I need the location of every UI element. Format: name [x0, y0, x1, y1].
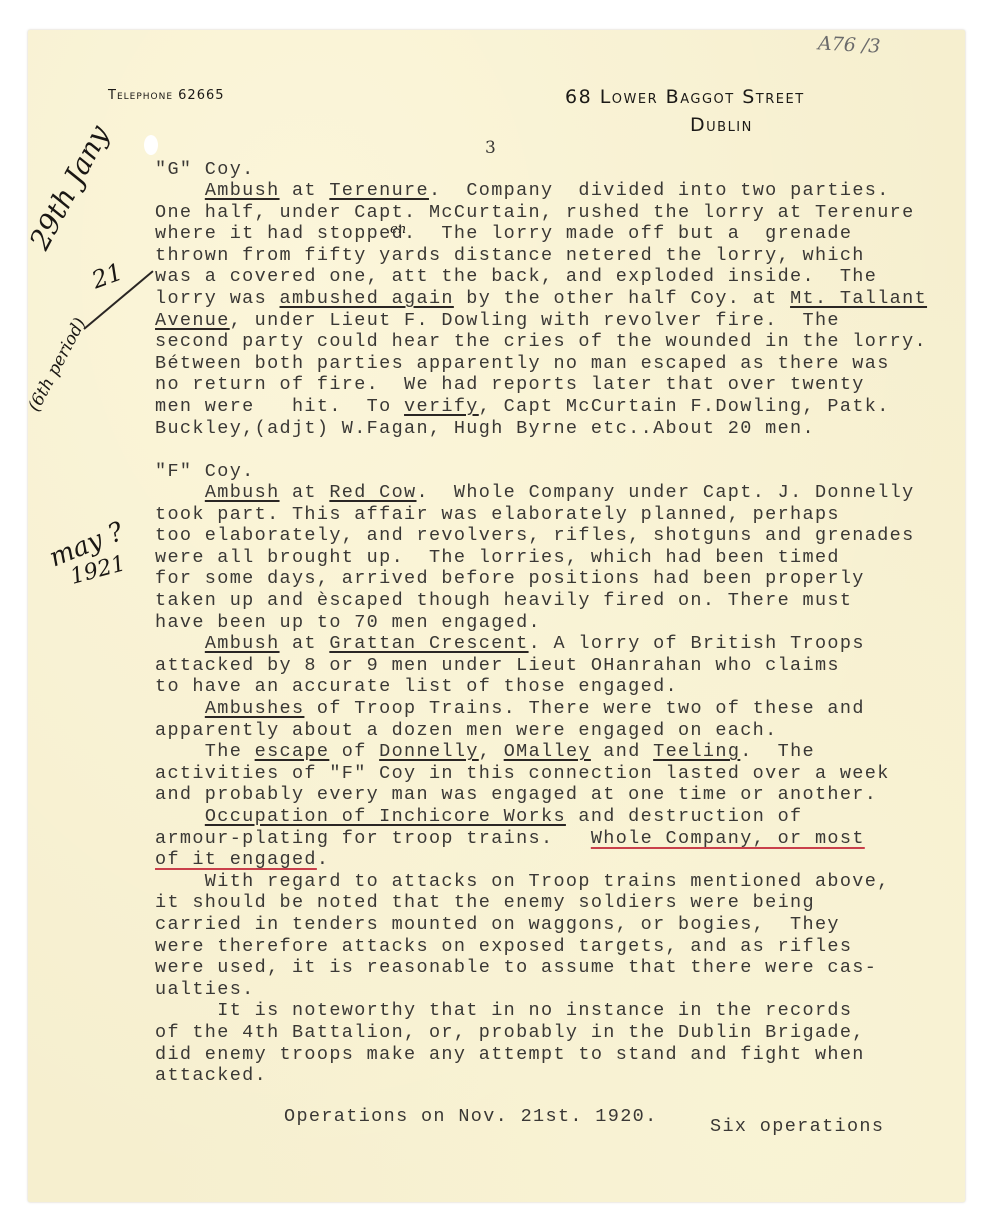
text-line: Ambush at Red Cow. Whole Company under C…: [155, 483, 915, 503]
text-line: attacked.: [155, 1066, 267, 1086]
text-line: taken up and èscaped though heavily fire…: [155, 591, 852, 611]
underlined-phrase: Ambush: [205, 180, 280, 201]
section-heading-g-coy: "G" Coy.: [155, 160, 255, 180]
text-line: apparently about a dozen men were engage…: [155, 721, 778, 741]
page-number: 3: [485, 138, 496, 158]
text-line: were used, it is reasonable to assume th…: [155, 958, 877, 978]
text-line: Bétween both parties apparently no man e…: [155, 354, 890, 374]
text-line: One half, under Capt. McCurtain, rushed …: [155, 203, 915, 223]
underlined-phrase: Avenue: [155, 310, 230, 331]
text-line: With regard to attacks on Troop trains m…: [155, 872, 890, 892]
text-line: ualties.: [155, 980, 255, 1000]
text-line: were all brought up. The lorries, which …: [155, 548, 840, 568]
text-line: too elaborately, and revolvers, rifles, …: [155, 526, 915, 546]
text-line: Occupation of Inchicore Works and destru…: [155, 807, 803, 827]
underlined-phrase: OMalley: [504, 741, 591, 762]
text-line: where it had stopped. The lorry made off…: [155, 224, 852, 244]
section-heading-f-coy: "F" Coy.: [155, 462, 255, 482]
text-line: was a covered one, att the back, and exp…: [155, 267, 877, 287]
text-line: armour-plating for troop trains. Whole C…: [155, 829, 865, 849]
text-line: to have an accurate list of those engage…: [155, 677, 678, 697]
underlined-phrase: Ambush: [205, 633, 280, 654]
underlined-phrase: Ambushes: [205, 698, 305, 719]
underlined-phrase: Grattan Crescent: [329, 633, 528, 654]
text-line: of the 4th Battalion, or, probably in th…: [155, 1023, 865, 1043]
text-line: thrown from fifty yards distance netered…: [155, 246, 865, 266]
underlined-phrase: escape: [255, 741, 330, 762]
text-line: Ambushes of Troop Trains. There were two…: [155, 699, 865, 719]
underlined-phrase: Teeling: [653, 741, 740, 762]
text-line: have been up to 70 men engaged.: [155, 613, 541, 633]
text-line: lorry was ambushed again by the other ha…: [155, 289, 927, 309]
text-line: did enemy troops make any attempt to sta…: [155, 1045, 865, 1065]
text-line: of it engaged.: [155, 850, 329, 870]
text-line: attacked by 8 or 9 men under Lieut OHanr…: [155, 656, 840, 676]
text-line: The escape of Donnelly, OMalley and Teel…: [155, 742, 815, 762]
archive-reference: A76 /3: [817, 32, 881, 57]
punch-hole: [144, 135, 158, 155]
text-line: Buckley,(adjt) W.Fagan, Hugh Byrne etc..…: [155, 419, 815, 439]
text-line: and probably every man was engaged at on…: [155, 785, 877, 805]
underlined-phrase: Donnelly: [379, 741, 479, 762]
text-line: took part. This affair was elaborately p…: [155, 505, 840, 525]
underlined-phrase: Red Cow: [329, 482, 416, 503]
text-line: Ambush at Terenure. Company divided into…: [155, 181, 890, 201]
text-line: were therefore attacks on exposed target…: [155, 937, 852, 957]
underlined-phrase: Occupation of Inchicore Works: [205, 806, 566, 827]
underlined-phrase: Mt. Tallant: [790, 288, 927, 309]
red-underlined-phrase: of it engaged: [155, 849, 317, 870]
text-line: Ambush at Grattan Crescent. A lorry of B…: [155, 634, 865, 654]
text-line: it should be noted that the enemy soldie…: [155, 893, 815, 913]
letterhead-address: 68 Lower Baggot Street: [565, 86, 805, 108]
footer-continuation: Six operations: [710, 1117, 884, 1137]
red-underlined-phrase: Whole Company, or most: [591, 828, 865, 849]
text-line: activities of "F" Coy in this connection…: [155, 764, 890, 784]
underlined-phrase: verify: [404, 396, 479, 417]
underlined-phrase: ambushed again: [280, 288, 454, 309]
letterhead-city: Dublin: [690, 114, 753, 136]
underlined-phrase: Terenure: [329, 180, 429, 201]
text-line: no return of fire. We had reports later …: [155, 375, 865, 395]
text-line: carried in tenders mounted on waggons, o…: [155, 915, 840, 935]
footer-operations-line: Operations on Nov. 21st. 1920.: [284, 1107, 658, 1127]
text-line: men were hit. To verify, Capt McCurtain …: [155, 397, 890, 417]
underlined-phrase: Ambush: [205, 482, 280, 503]
text-line: Avenue, under Lieut F. Dowling with revo…: [155, 311, 840, 331]
text-line: second party could hear the cries of the…: [155, 332, 927, 352]
text-line: It is noteworthy that in no instance in …: [155, 1001, 852, 1021]
text-line: for some days, arrived before positions …: [155, 569, 865, 589]
letterhead-telephone: Telephone 62665: [108, 88, 225, 103]
